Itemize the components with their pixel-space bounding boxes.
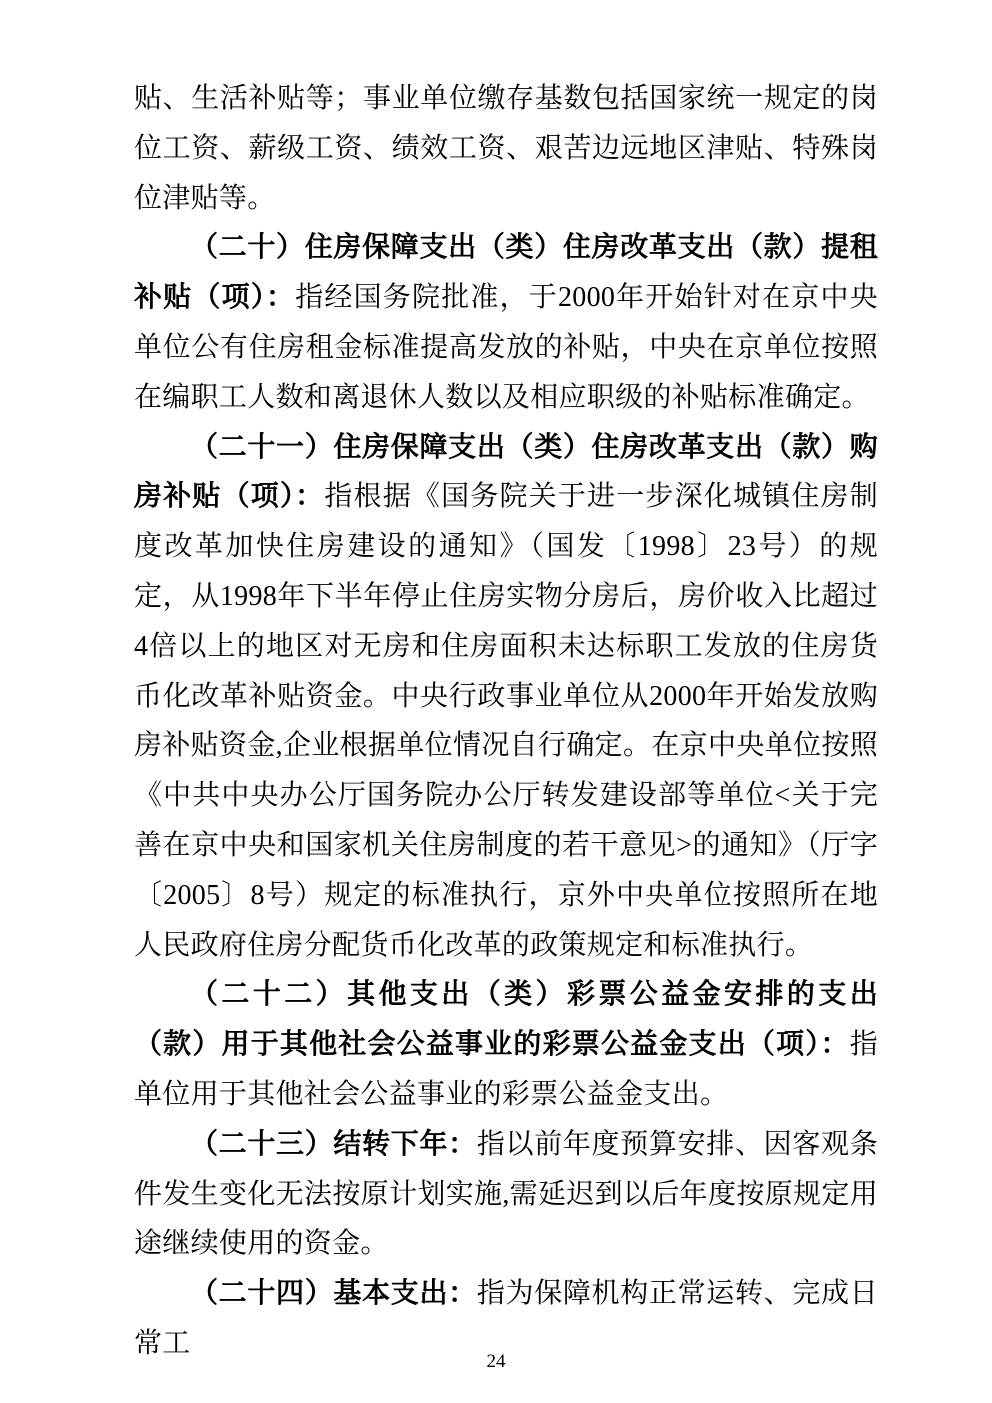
term-heading-bold: （二十二）其他支出（类）彩票公益金安排的支出（款）用于其他社会公益事业的彩票公益…	[134, 979, 878, 1060]
paragraph-body-text: 指根据《国务院关于进一步深化城镇住房制度改革加快住房建设的通知》（国发〔1998…	[134, 481, 878, 960]
document-body: 贴、生活补贴等；事业单位缴存基数包括国家统一规定的岗位工资、薪级工资、绩效工资、…	[134, 74, 878, 1369]
page-number: 24	[0, 1352, 992, 1371]
paragraph-body-text: 贴、生活补贴等；事业单位缴存基数包括国家统一规定的岗位工资、薪级工资、绩效工资、…	[134, 83, 878, 214]
term-heading-bold: （二十四）基本支出：	[190, 1278, 477, 1309]
paragraph-item-22: （二十二）其他支出（类）彩票公益金安排的支出（款）用于其他社会公益事业的彩票公益…	[134, 970, 878, 1119]
paragraph-item-21: （二十一）住房保障支出（类）住房改革支出（款）购房补贴（项）：指根据《国务院关于…	[134, 423, 878, 971]
term-heading-bold: （二十三）结转下年：	[190, 1129, 477, 1160]
document-page: 贴、生活补贴等；事业单位缴存基数包括国家统一规定的岗位工资、薪级工资、绩效工资、…	[0, 0, 992, 1403]
paragraph-item-23: （二十三）结转下年：指以前年度预算安排、因客观条件发生变化无法按原计划实施,需延…	[134, 1120, 878, 1269]
paragraph-item-20: （二十）住房保障支出（类）住房改革支出（款）提租补贴（项）：指经国务院批准，于2…	[134, 223, 878, 422]
paragraph-continuation: 贴、生活补贴等；事业单位缴存基数包括国家统一规定的岗位工资、薪级工资、绩效工资、…	[134, 74, 878, 223]
